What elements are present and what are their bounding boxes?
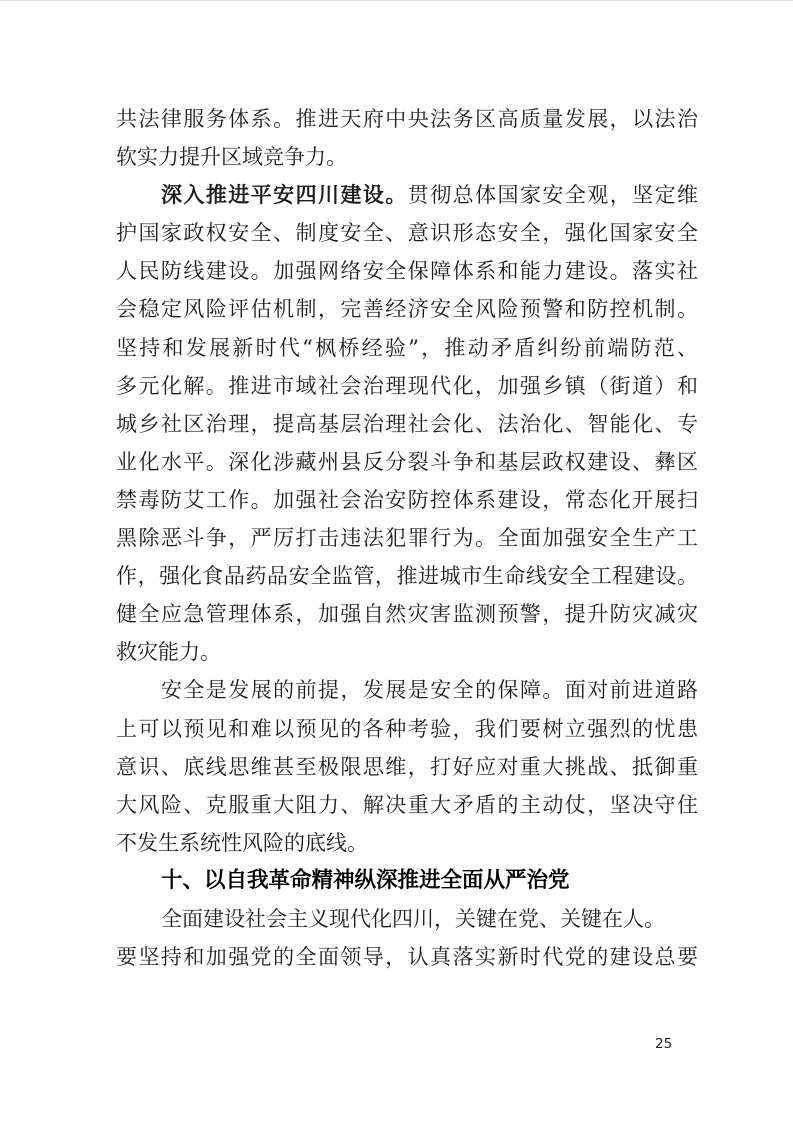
paragraph-party-building: 全面建设社会主义现代化四川，关键在党、关键在人。 要坚持和加强党的全面领导，认真… [116, 900, 698, 976]
body-line: 安全是发展的前提，发展是安全的保障。面对前进道路 [116, 671, 698, 709]
text-block: 共法律服务体系。推进天府中央法务区高质量发展，以法治 软实力提升区域竞争力。 深… [116, 100, 698, 976]
body-line: 意识、底线思维甚至极限思维，打好应对重大挑战、抵御重 [116, 748, 698, 786]
body-line: 人民防线建设。加强网络安全保障体系和能力建设。落实社 [116, 252, 698, 290]
paragraph-pingan-sichuan: 深入推进平安四川建设。贯彻总体国家安全观，坚定维 护国家政权安全、制度安全、意识… [116, 176, 698, 671]
body-line: 业化水平。深化涉藏州县反分裂斗争和基层政权建设、彝区 [116, 443, 698, 481]
body-line: 上可以预见和难以预见的各种考验，我们要树立强烈的忧患 [116, 710, 698, 748]
paragraph-lead: 深入推进平安四川建设。 [161, 182, 408, 207]
body-line: 护国家政权安全、制度安全、意识形态安全，强化国家安全 [116, 214, 698, 252]
paragraph-continuation: 共法律服务体系。推进天府中央法务区高质量发展，以法治 软实力提升区域竞争力。 [116, 100, 698, 176]
body-line-with-lead: 深入推进平安四川建设。贯彻总体国家安全观，坚定维 [116, 176, 698, 214]
body-line: 黑除恶斗争，严厉打击违法犯罪行为。全面加强安全生产工 [116, 519, 698, 557]
document-page: 共法律服务体系。推进天府中央法务区高质量发展，以法治 软实力提升区域竞争力。 深… [0, 0, 793, 1122]
body-line: 禁毒防艾工作。加强社会治安防控体系建设，常态化开展扫 [116, 481, 698, 519]
paragraph-security-development: 安全是发展的前提，发展是安全的保障。面对前进道路 上可以预见和难以预见的各种考验… [116, 671, 698, 861]
page-number: 25 [655, 1036, 672, 1052]
page-top-edge [0, 0, 793, 1]
section-heading: 十、以自我革命精神纵深推进全面从严治党 [116, 862, 698, 900]
body-line: 大风险、克服重大阻力、解决重大矛盾的主动仗，坚决守住 [116, 786, 698, 824]
body-line: 全面建设社会主义现代化四川，关键在党、关键在人。 [116, 900, 698, 938]
body-line: 软实力提升区域竞争力。 [116, 138, 698, 176]
body-line: 救灾能力。 [116, 633, 698, 671]
body-line: 坚持和发展新时代“枫桥经验”，推动矛盾纠纷前端防范、 [116, 329, 698, 367]
body-line: 城乡社区治理，提高基层治理社会化、法治化、智能化、专 [116, 405, 698, 443]
body-line: 多元化解。推进市域社会治理现代化，加强乡镇（街道）和 [116, 367, 698, 405]
body-line: 会稳定风险评估机制，完善经济安全风险预警和防控机制。 [116, 290, 698, 328]
lead-rest-text: 贯彻总体国家安全观，坚定维 [408, 183, 698, 207]
body-line: 健全应急管理体系，加强自然灾害监测预警，提升防灾减灾 [116, 595, 698, 633]
body-line: 不发生系统性风险的底线。 [116, 824, 698, 862]
body-line: 共法律服务体系。推进天府中央法务区高质量发展，以法治 [116, 100, 698, 138]
body-line: 作，强化食品药品安全监管，推进城市生命线安全工程建设。 [116, 557, 698, 595]
body-line: 要坚持和加强党的全面领导，认真落实新时代党的建设总要 [116, 938, 698, 976]
